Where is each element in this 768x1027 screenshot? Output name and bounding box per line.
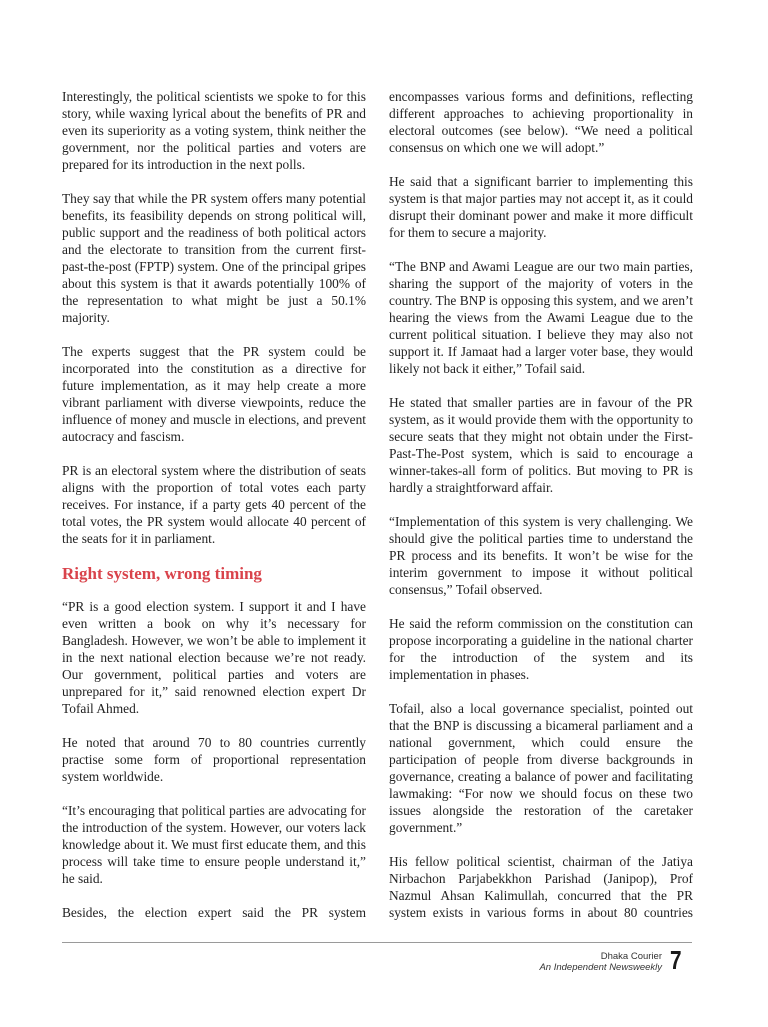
paragraph: He said the reform commission on the con… bbox=[389, 615, 693, 683]
paragraph: “PR is a good election system. I support… bbox=[62, 598, 366, 717]
paragraph: The experts suggest that the PR system c… bbox=[62, 343, 366, 445]
paragraph: Interestingly, the political scientists … bbox=[62, 88, 366, 173]
page-number: 7 bbox=[670, 946, 682, 974]
paragraph: encompasses various forms and definition… bbox=[389, 88, 693, 156]
footer-masthead: Dhaka Courier An Independent Newsweekly bbox=[539, 951, 662, 973]
publication-name: Dhaka Courier bbox=[539, 951, 662, 962]
magazine-page: Interestingly, the political scientists … bbox=[0, 0, 768, 1027]
footer-divider bbox=[62, 942, 692, 943]
paragraph: He noted that around 70 to 80 countries … bbox=[62, 734, 366, 785]
paragraph: PR is an electoral system where the dist… bbox=[62, 462, 366, 547]
left-column: Interestingly, the political scientists … bbox=[62, 88, 366, 921]
section-subheading: Right system, wrong timing bbox=[62, 564, 366, 584]
paragraph: “Implementation of this system is very c… bbox=[389, 513, 693, 598]
paragraph-continued: His fellow political scientist, chairman… bbox=[389, 853, 693, 921]
paragraph: “It’s encouraging that political parties… bbox=[62, 802, 366, 887]
right-column: encompasses various forms and definition… bbox=[389, 88, 693, 921]
paragraph: They say that while the PR system offers… bbox=[62, 190, 366, 326]
publication-tagline: An Independent Newsweekly bbox=[539, 962, 662, 973]
paragraph: Tofail, also a local governance speciali… bbox=[389, 700, 693, 836]
paragraph: “The BNP and Awami League are our two ma… bbox=[389, 258, 693, 377]
paragraph-continued: Besides, the election expert said the PR… bbox=[62, 904, 366, 921]
paragraph: He stated that smaller parties are in fa… bbox=[389, 394, 693, 496]
paragraph: He said that a significant barrier to im… bbox=[389, 173, 693, 241]
